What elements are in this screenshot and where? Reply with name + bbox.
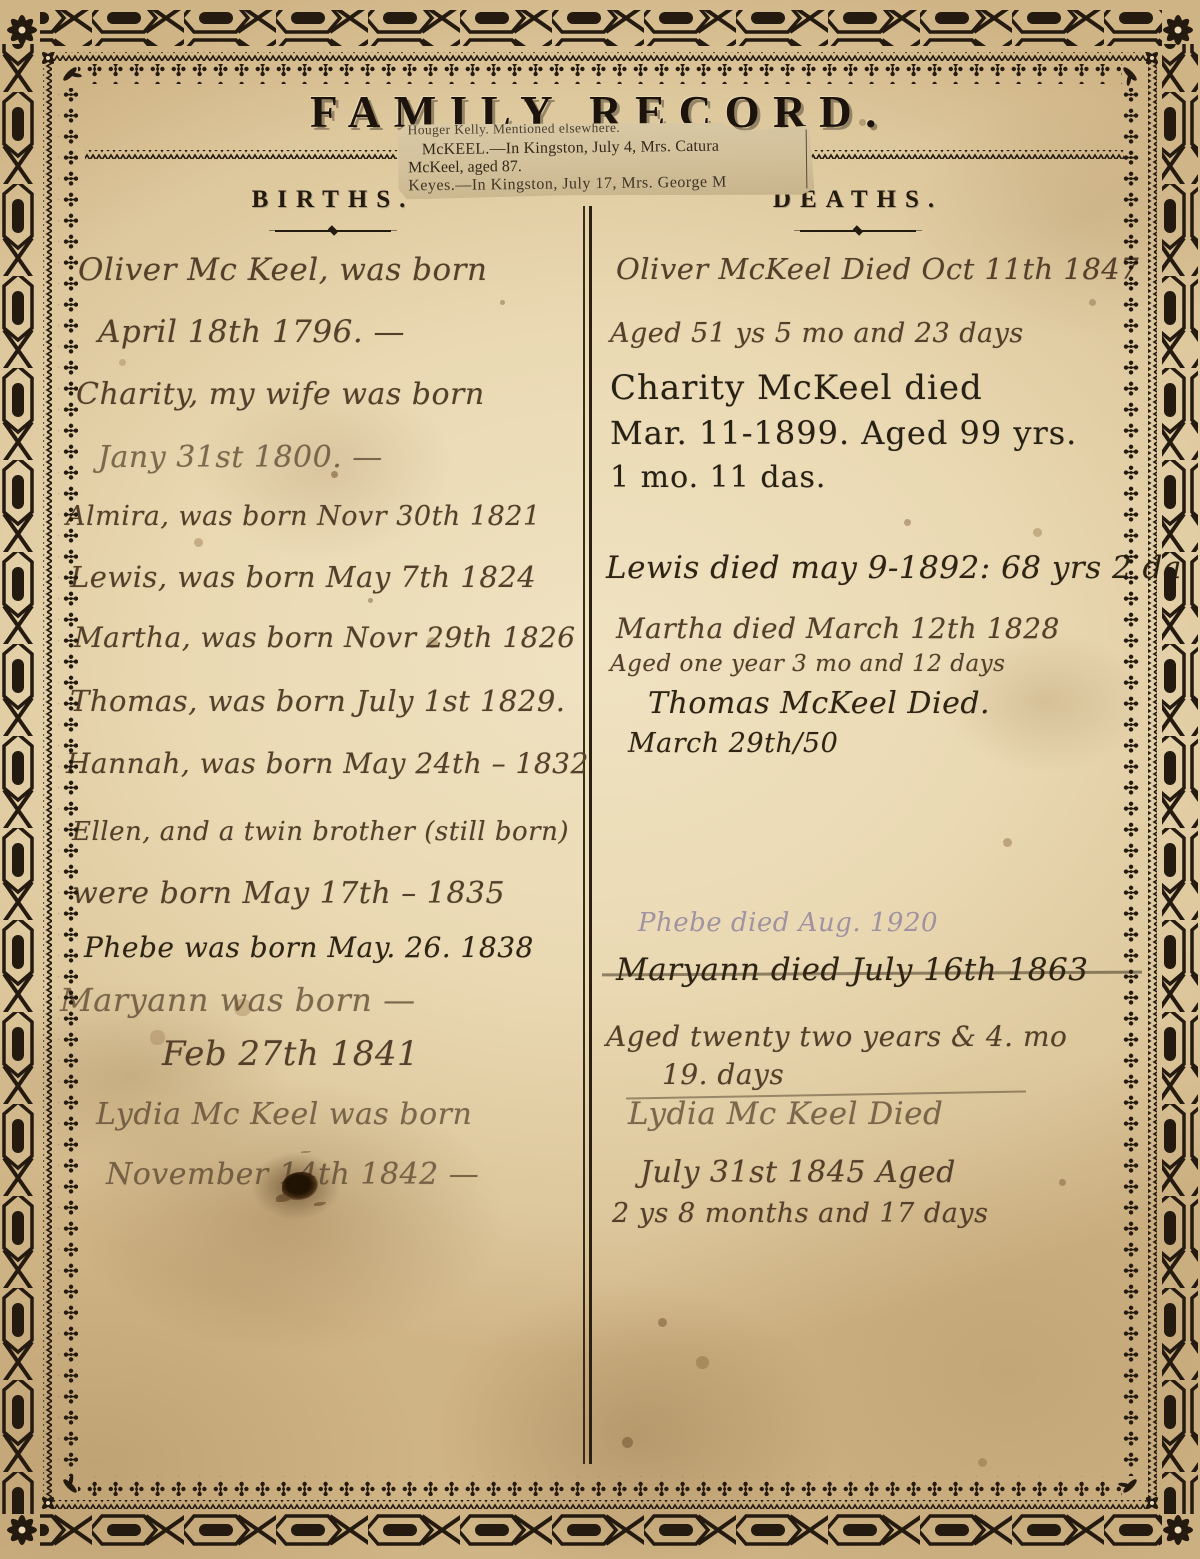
wavy-rule-left [85,150,397,159]
death-entry: Oliver McKeel Died Oct 11th 1847 [616,252,1139,286]
birth-entry: were born May 17th – 1835 [72,876,505,911]
death-entry: March 29th/50 [628,728,838,759]
death-entry: Aged 51 ys 5 mo and 23 days [610,318,1024,349]
column-divider-rule [583,206,592,1464]
wavy-rule-right [806,150,1124,159]
death-entry: Lewis died may 9-1892: 68 yrs 2 da [606,550,1182,586]
birth-entry: Martha, was born Novr 29th 1826 [74,621,576,654]
birth-entry: Phebe was born May. 26. 1838 [84,931,534,964]
birth-entry: Almira, was born Novr 30th 1821 [66,501,541,532]
death-entry-pencil: Phebe died Aug. 1920 [638,908,938,938]
death-entry: 19. days [662,1058,784,1091]
birth-entry: Lewis, was born May 7th 1824 [70,560,536,594]
birth-entry: Feb 27th 1841 [162,1034,419,1074]
death-entry: Maryann died July 16th 1863 [616,952,1088,988]
deaths-header-ornament [800,230,916,232]
birth-entry: Charity, my wife was born [76,377,485,412]
birth-entry: Ellen, and a twin brother (still born) [72,817,569,847]
birth-entry: Oliver Mc Keel, was born [78,252,487,288]
clipping-cropped-bottom-line: Keyes.—In Kingston, July 17, Mrs. George… [408,173,804,196]
death-entry: Aged one year 3 mo and 12 days [610,651,1005,677]
newspaper-clipping: Houger Kelly. Mentioned elsewhere. McKEE… [398,119,815,199]
birth-entry: April 18th 1796. — [98,314,405,350]
paper-speckles [0,0,5,5]
death-entry: Aged twenty two years & 4. mo [606,1020,1067,1053]
death-entry: 1 mo. 11 das. [610,460,826,495]
birth-entry: Thomas, was born July 1st 1829. [70,684,566,718]
death-entry: Martha died March 12th 1828 [616,612,1060,645]
death-entry: Thomas McKeel Died. [648,686,990,721]
birth-entry: Maryann was born — [60,981,416,1019]
birth-entry: Hannah, was born May 24th – 1832 [66,747,589,780]
ink-blot-stain [282,1172,318,1200]
birth-entry: Lydia Mc Keel was born [96,1097,472,1132]
death-entry: Charity McKeel died [610,368,983,408]
death-entry: 2 ys 8 months and 17 days [612,1198,988,1229]
family-record-page: FAMILY RECORD. Houger Kelly. Mentioned e… [0,0,1200,1559]
death-entry: July 31st 1845 Aged [640,1155,956,1190]
death-entry: Lydia Mc Keel Died [628,1096,943,1132]
births-header-ornament [275,230,391,232]
death-entry: Mar. 11-1899. Aged 99 yrs. [610,414,1077,452]
birth-entry: Jany 31st 1800. — [98,440,383,475]
